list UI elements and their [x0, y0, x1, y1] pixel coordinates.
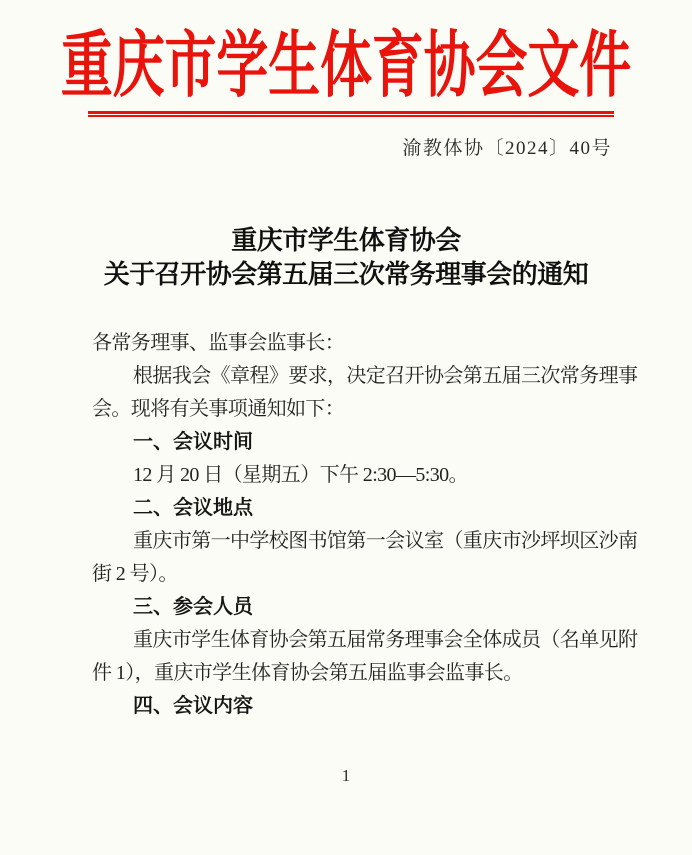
participants-line2: 件 1），重庆市学生体育协会第五届监事会监事长。: [92, 657, 632, 690]
section-heading-meeting-time: 一、会议时间: [92, 426, 632, 459]
document-number: 渝教体协〔2024〕40号: [0, 133, 612, 160]
document-title: 重庆市学生体育协会 关于召开协会第五届三次常务理事会的通知: [0, 224, 692, 292]
meeting-place-line2: 街 2 号）。: [92, 558, 632, 591]
page-number: 1: [0, 766, 692, 786]
salutation-line: 各常务理事、监事会监事长：: [92, 327, 632, 360]
section-heading-meeting-place: 二、会议地点: [92, 492, 632, 525]
letterhead: 重庆市学生体育协会文件: [0, 22, 692, 110]
document-title-line2: 关于召开协会第五届三次常务理事会的通知: [0, 258, 692, 292]
meeting-place-line1: 重庆市第一中学校图书馆第一会议室（重庆市沙坪坝区沙南: [92, 525, 632, 558]
intro-paragraph-line1: 根据我会《章程》要求，决定召开协会第五届三次常务理事: [92, 360, 632, 393]
document-title-line1: 重庆市学生体育协会: [0, 224, 692, 258]
section-heading-meeting-content: 四、会议内容: [92, 690, 632, 723]
letterhead-divider-rule: [88, 111, 614, 117]
intro-paragraph-line2: 会。现将有关事项通知如下：: [92, 393, 632, 426]
document-body: 各常务理事、监事会监事长： 根据我会《章程》要求，决定召开协会第五届三次常务理事…: [92, 327, 632, 723]
meeting-time-line: 12 月 20 日（星期五）下午 2:30—5:30。: [92, 459, 632, 492]
section-heading-participants: 三、参会人员: [92, 591, 632, 624]
letterhead-org-title: 重庆市学生体育协会文件: [61, 22, 631, 110]
document-page: 重庆市学生体育协会文件 渝教体协〔2024〕40号 重庆市学生体育协会 关于召开…: [0, 0, 692, 855]
participants-line1: 重庆市学生体育协会第五届常务理事会全体成员（名单见附: [92, 624, 632, 657]
